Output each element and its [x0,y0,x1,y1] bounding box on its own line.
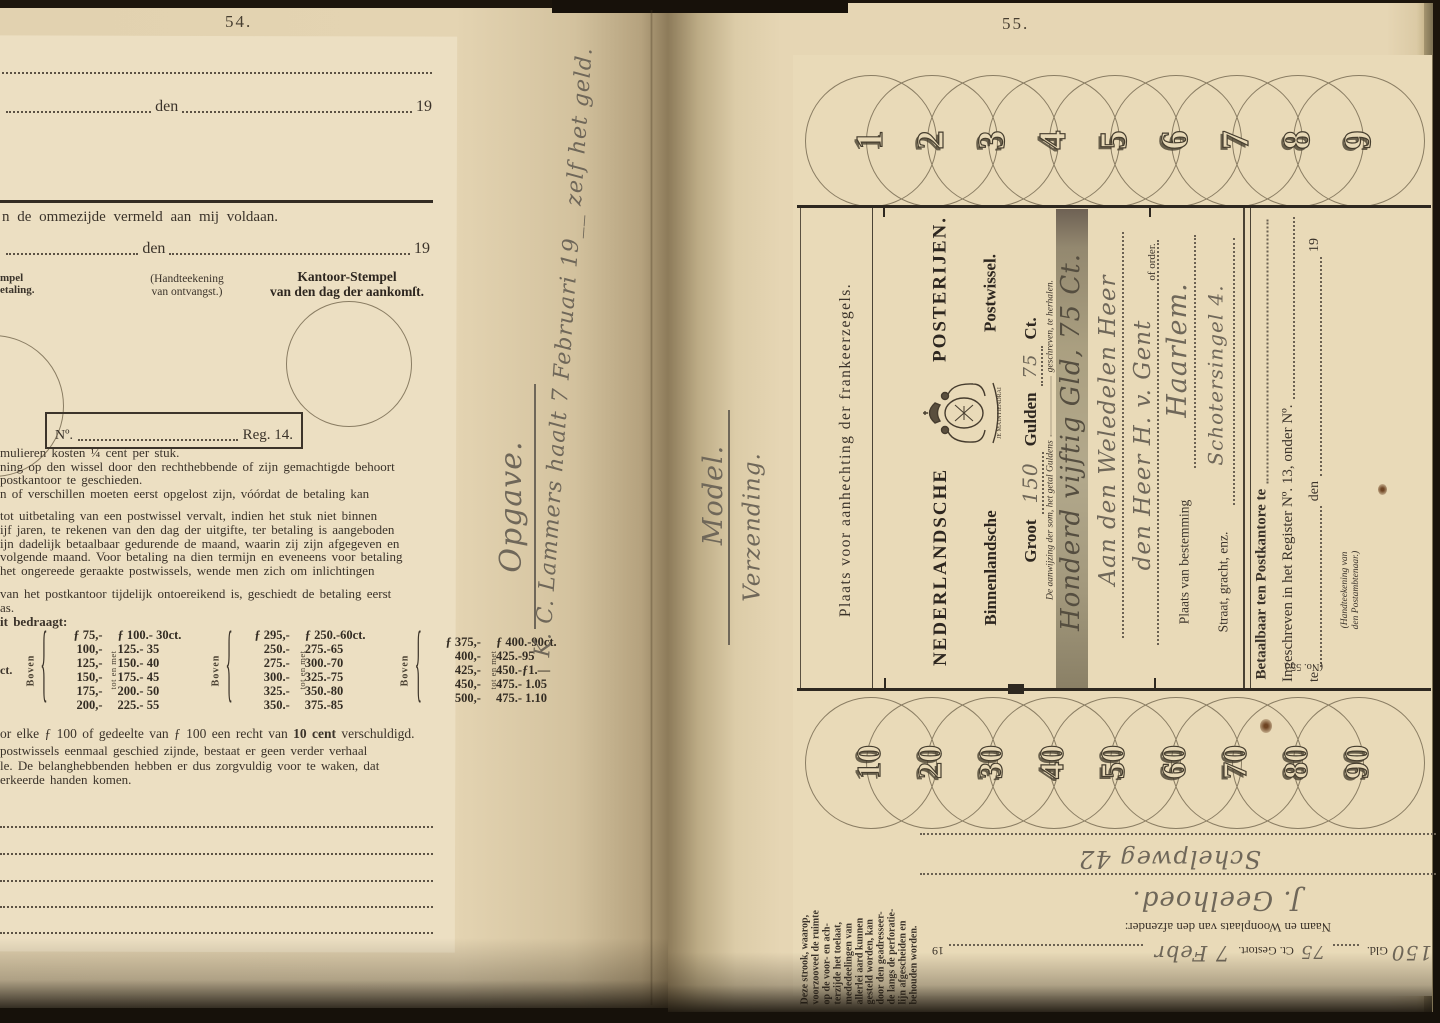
dotted-fill [182,111,412,113]
fee-rows: ƒ 375,-ƒ 400.-90ct. 400,-425.-95 425,-45… [425,635,584,705]
fee-rows: ƒ 295,-ƒ 250.-60ct. 250.-275.-65 275.-30… [236,628,389,712]
betaalbaar-label: Betaalbaar ten Postkantore te [1253,489,1270,680]
tot-en-met-label: tot en met [297,651,307,690]
backdrop-notch [552,0,848,13]
text-line: mulieren kosten ¼ cent per stuk. [0,446,436,460]
fee-note-pre: or elke ƒ 100 of gedeelte van ƒ 100 een … [0,726,288,741]
coat-of-arms-graphic: JE MAINTIENDRAI [919,361,1007,465]
dotted-fill [169,253,410,255]
denomination-number: 30 [972,740,1012,784]
denomination-number: 40 [1033,740,1073,784]
warning-paragraph: postwissels eenmaal geschied zijnde, bes… [0,744,436,788]
amount-note-pre: De aanwijzing der som, het getal Guldens [1046,440,1056,600]
form-divider-rule [872,208,873,688]
denomination-number: 50 [1094,740,1134,784]
bestemming-handwritten: Haarlem. [1160,235,1194,465]
fee-cell: 325.-75 [305,670,389,684]
fee-cell: 375.-85 [305,698,389,712]
denomination-number: 90 [1338,740,1378,784]
boven-label-box: Boven [24,628,37,712]
dotted-fill [6,253,138,255]
fee-cell: 225.- 55 [118,698,200,712]
boven-label-box: Boven [399,628,412,712]
paper-stain [1260,719,1272,733]
text-line: erkeerde handen komen. [0,773,436,788]
fee-cell: 125,- [51,656,103,670]
gulden-label: Gulden [1021,392,1041,446]
fee-group-3: Boven { ƒ 375,-ƒ 400.-90ct. 400,-425.-95… [399,628,584,712]
blank-dotted-line [0,880,433,882]
fee-cell: 475.- 1.05 [496,677,584,691]
denomination-number: 2 [907,120,955,160]
year-label: 19 [1307,238,1323,252]
fee-cell: ƒ 250.-60ct. [305,628,389,642]
handwritten-verzending: Verzending. [735,410,771,645]
dotted-fill [1320,257,1322,476]
form-double-rule [1243,208,1251,688]
den-label: den [1307,481,1323,501]
coat-of-arms-motto: JE MAINTIENDRAI [997,387,1003,439]
label-line: (Handteekening [112,273,262,286]
date-den-label: den [155,98,178,116]
office-stamp-label: Kantoor-Stempel van den dag der aankomſt… [258,270,436,299]
reg-label: Reg. 14. [243,427,293,444]
rule-tick [1154,678,1156,689]
fee-cell: 250.- [236,642,290,656]
fee-note-line: or elke ƒ 100 of gedeelte van ƒ 100 een … [0,726,415,742]
no-label: Nº. [55,428,73,444]
amount-gulden-handwritten: 150 [1018,452,1044,513]
amount-line: Groot 150 Gulden 75 Ct. [1018,215,1044,665]
fragment-line: mpel [0,272,35,284]
dotted-fill [78,439,238,441]
fee-cell: 300.- [236,670,290,684]
text-line: van het postkantoor tijdelijk ontoereike… [0,587,436,601]
text-line: tot uitbetaling van een postwissel verva… [0,509,436,523]
brace: { [226,621,233,720]
form-left-edge [800,208,801,688]
fee-cell: 150,- [51,670,103,684]
ct-label: Ct. [1021,317,1041,339]
dotted-fill [1293,217,1295,399]
dotted-fill [949,944,1143,946]
fragment-line: etaling. [0,284,35,296]
fee-cell: 300.-70 [305,656,389,670]
date-row-2: den 19 [2,238,430,258]
fee-cell: ƒ 375,- [425,635,481,649]
boven-label: Boven [400,654,411,686]
fee-note-post: verschuldigd. [341,726,414,741]
fee-cell: ƒ 295,- [236,628,290,642]
afzender-street-handwritten: Schelpweg 42 [1078,845,1261,873]
fee-cell: 275.-65 [305,642,389,656]
denomination-number: 20 [911,740,951,784]
label-line: (Handteekening van [1340,552,1351,629]
amount-note-post: geschreven, te herhalen. [1046,280,1056,372]
text-line: postwissels eenmaal geschied zijnde, bes… [0,744,436,759]
frankeerzegels-label: Plaats voor aanhechting der frankeerzege… [835,235,857,665]
dotted-fill [1333,944,1359,946]
fee-cell: 450,- [425,677,481,691]
text-line: le. De belanghebbenden hebben er dus zor… [0,759,436,774]
form-top-rule [797,205,1431,208]
service-line1: Binnenlandsche [980,478,1002,658]
blank-dotted-line [0,853,433,855]
blank-dotted-line [0,906,433,908]
form-bottom-rule [797,688,1431,691]
fee-group-2: Boven { ƒ 295,-ƒ 250.-60ct. 250.-275.-65… [210,628,389,712]
amount-note: De aanwijzing der som, het getal Guldens… [1045,213,1057,668]
blank-dotted-line [0,932,433,934]
fee-cell: 475.- 1.10 [496,691,584,705]
paper-stain [1378,484,1387,495]
dotted-fill [1267,220,1269,484]
straat-label: Straat, gracht, enz. [1215,500,1233,665]
boven-label-box: Boven [210,628,223,712]
tot-en-met-label: tot en met [108,651,118,690]
form-number-label: (No. 55.) [1277,661,1323,672]
page-bottom-shadow [0,938,668,1008]
fee-cell: 350.- [236,698,290,712]
fee-rows: ƒ 75,-ƒ 100.- 30ct. 100,-125.- 35 125,-1… [51,628,200,712]
org-name-line1: NEDERLANDSCHE [929,477,953,657]
afzender-street-row: Schelpweg 42 [920,833,1436,873]
text-line: ijn dadelijk betaalbaar gedurende de maa… [0,537,436,551]
book-scan: 54. den 19 n de ommezijde vermeld aan mi… [0,0,1440,1023]
fee-group-1: Boven { ƒ 75,-ƒ 100.- 30ct. 100,-125.- 3… [24,628,199,712]
org-name-line2: POSTERIJEN. [929,227,953,352]
straat-handwritten: Schotersingel 4. [1203,243,1229,508]
amount-cent-handwritten: 75 [1020,346,1043,387]
stamp-label-fragment: mpel etaling. [0,272,35,296]
addressee-handwritten-2: den Heer H. v. Gent [1128,250,1158,640]
te-label: te [1307,672,1323,682]
coat-of-arms: JE MAINTIENDRAI [919,361,1007,465]
fee-cell: 125.- 35 [118,642,200,656]
te-den-line: te den 19 [1305,212,1325,682]
of-order-label: of order. [1146,227,1158,297]
denomination-number: 6 [1151,120,1199,160]
page-number-right: 55. [1002,14,1029,34]
conditions-paragraph: mulieren kosten ¼ cent per stuk. ning op… [0,446,436,628]
date-year-label: 19 [414,240,430,258]
fee-note-bold: 10 cent [293,726,336,741]
fee-cell: 500,- [425,691,481,705]
text-line: n of verschillen moeten eerst opgelost z… [0,487,436,501]
afzender-name-row: J. Geelhoed. [920,873,1436,915]
denomination-number: 9 [1334,120,1382,160]
fee-cell: ƒ 75,- [51,628,103,642]
rule-tick [884,678,886,689]
brace: { [415,621,422,720]
register-label: Ingeschreven in het Register Nº. 13, ond… [1280,404,1297,682]
paid-note: n de ommezijde vermeld aan mij voldaan. [2,209,278,226]
label-line: van den dag der aankomſt. [258,285,436,300]
fee-cell: 400,- [425,649,481,663]
addressee-handwritten-1: Aan den Weledelen Heer [1093,225,1123,635]
handwritten-model: Model. [693,420,733,570]
rule-mark [1008,684,1024,694]
service-line2: Postwissel. [980,231,1002,356]
page-bottom-shadow [668,952,1432,1012]
brace: { [40,621,47,720]
page-number-left: 54. [225,12,252,32]
fee-cell: 150.- 40 [118,656,200,670]
fee-cell: 450.-ƒ1.— [496,663,584,677]
postambtenaar-label: (Handteekening van den Postambtenaar.) [1338,515,1364,665]
fee-cell: ƒ 100.- 30ct. [118,628,200,642]
amount-written-handwritten: Honderd vijftig Gld, 75 Ct. [1056,207,1086,677]
date-den-label: den [142,240,165,258]
text-line: ning op den wissel door den rechthebbend… [0,460,436,474]
denomination-number: 8 [1273,120,1321,160]
denomination-number: 70 [1216,740,1256,784]
stamp-circle [286,301,412,427]
fee-cell: 275.- [236,656,290,670]
fee-cell: 175,- [51,684,103,698]
denomination-number: 1 [846,120,894,160]
signature-receipt-label: (Handteekening van ontvangst.) [112,273,262,298]
register-line: Ingeschreven in het Register Nº. 13, ond… [1278,212,1298,682]
date-year-label: 19 [416,98,432,116]
denomination-number: 80 [1277,740,1317,784]
text-line: postkantoor te geschieden. [0,473,436,487]
gutter-crease [650,10,653,1005]
groot-label: Groot [1021,520,1041,563]
label-line: den Postambtenaar.) [1351,551,1362,630]
tot-en-met-label: tot en met [488,651,498,690]
dotted-fill [1320,506,1322,667]
denomination-number: 3 [968,120,1016,160]
fee-cell: 100,- [51,642,103,656]
denomination-number: 60 [1155,740,1195,784]
label-line: van ontvangst.) [112,286,262,299]
text-line: het ongereede geraakte postwissels, wend… [0,564,436,578]
fee-fragment: ct. [0,663,12,678]
date-row: den 19 [2,96,432,116]
fee-table: ct. Boven { ƒ 75,-ƒ 100.- 30ct. 100,-125… [0,621,438,719]
boven-label: Boven [25,654,36,686]
afzender-name-handwritten: J. Geelhoed. [1132,885,1302,915]
fee-cell: 175.- 45 [118,670,200,684]
bestemming-label: Plaats van bestemming [1176,465,1194,660]
straat-dotted-line [1233,238,1235,505]
fee-cell: 200.- 50 [118,684,200,698]
register-number-box: Nº. Reg. 14. [45,412,303,449]
denomination-number: 4 [1029,120,1077,160]
denomination-number: 10 [850,740,890,784]
afzender-label: Naam en Woonplaats van den afzender: [920,915,1331,935]
denomination-number: 7 [1212,120,1260,160]
fee-cell: 350.-80 [305,684,389,698]
fee-cell: 325.- [236,684,290,698]
dotted-fill [6,111,151,113]
betaalbaar-line: Betaalbaar ten Postkantore te [1252,215,1272,680]
text-line: volgende maand. Voor betaling na dien te… [0,550,436,564]
blank-dotted-line [2,72,432,74]
text-line: as. [0,601,436,615]
blank-dotted-line [0,826,433,828]
fee-cell: 200,- [51,698,103,712]
text-line: ijf jaren, te rekenen van den dag der ui… [0,523,436,537]
rule-tick [883,206,885,217]
horizontal-rule [0,200,433,203]
model-underline [728,410,730,645]
fee-cell: 425,- [425,663,481,677]
label-line: Kantoor-Stempel [258,270,436,285]
bestemming-dotted-line [1194,235,1196,468]
boven-label: Boven [211,654,222,686]
denomination-number: 5 [1090,120,1138,160]
rule-tick [1149,206,1151,217]
